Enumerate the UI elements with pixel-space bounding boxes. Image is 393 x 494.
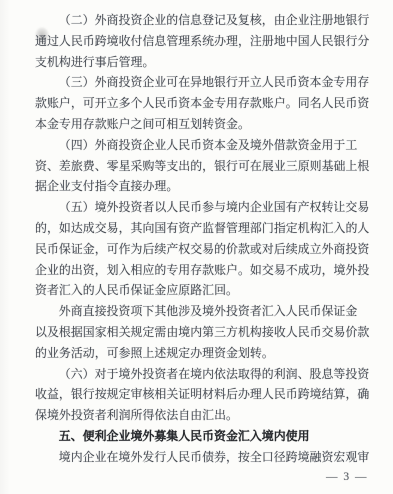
text-line: 境内企业在境外发行人民币债券，按全口径跨境融资宏观审 <box>35 447 371 468</box>
text-line: 资者汇入的人民币保证金应原路汇回。 <box>35 280 371 301</box>
document-text: （二）外商投资企业的信息登记及复核，由企业注册地银行通过人民币跨境收付信息管理系… <box>35 10 371 468</box>
text-line: 款账户，可开立多个人民币资本金专用存款账户。同名人民币资 <box>35 93 371 114</box>
text-line: （六）对于境外投资者在境内依法取得的利润、股息等投资 <box>35 364 371 385</box>
text-line: （四）外商投资企业人民币资本金及境外借款资金用于工 <box>35 135 371 156</box>
text-line: 以及根据国家相关规定需由境内第三方机构接收人民币交易价款 <box>35 322 371 343</box>
text-line: （三）外商投资企业可在异地银行开立人民币资本金专用存 <box>35 72 371 93</box>
text-line: 民币保证金，可作为后续产权交易的价款或对后续成立外商投资 <box>35 239 371 260</box>
text-line: （二）外商投资企业的信息登记及复核，由企业注册地银行 <box>35 10 371 31</box>
text-line: 据企业支付指令直接办理。 <box>35 176 371 197</box>
text-line: 资、差旅费、零星采购等支出的，银行可在展业三原则基础上根 <box>35 156 371 177</box>
text-line: 本金专用存款账户之间可相互划转资金。 <box>35 114 371 135</box>
text-line: 的，如达成交易，其向国有资产监督管理部门指定机构汇入的人 <box>35 218 371 239</box>
text-line: 保境外投资者利润所得依法自由汇出。 <box>35 405 371 426</box>
page-number: — 3 — <box>326 471 368 483</box>
text-line: 的业务活动，可参照上述规定办理资金划转。 <box>35 343 371 364</box>
text-line: （五）境外投资者以人民币参与境内企业国有产权转让交易 <box>35 197 371 218</box>
text-line: 支机构进行事后管理。 <box>35 52 371 73</box>
text-line: 企业的出资，划入相应的专用存款账户。如交易不成功，境外投 <box>35 260 371 281</box>
text-line: 通过人民币跨境收付信息管理系统办理，注册地中国人民银行分 <box>35 31 371 52</box>
document-page: （二）外商投资企业的信息登记及复核，由企业注册地银行通过人民币跨境收付信息管理系… <box>0 0 393 494</box>
text-line: 外商直接投资项下其他涉及境外投资者汇入人民币保证金 <box>35 301 371 322</box>
text-line: 收益，银行按规定审核相关证明材料后办理人民币跨境结算，确 <box>35 384 371 405</box>
section-heading: 五、便利企业境外募集人民币资金汇入境内使用 <box>35 426 371 447</box>
